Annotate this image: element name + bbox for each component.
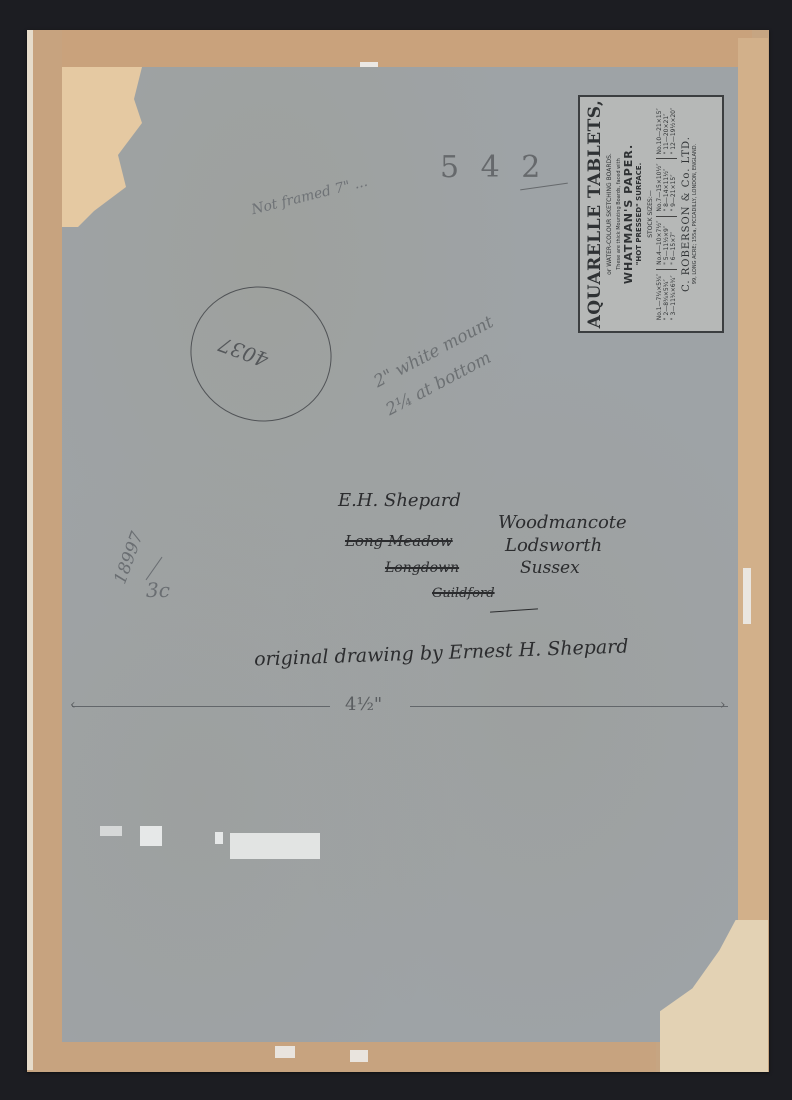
label-paper: WHATMAN'S PAPER. [622, 98, 635, 330]
stock-size: No.10—21×15″ [656, 108, 663, 155]
stock-size: " 3—11¼×6¾″ [670, 274, 677, 320]
measure-line-left [72, 706, 330, 707]
board-edge [27, 30, 33, 1070]
struck-address-2: Longdown [385, 560, 459, 576]
measure-line-right [410, 706, 728, 707]
arrow-right-icon: › [720, 697, 726, 713]
residue-spot [743, 568, 751, 624]
stock-size: " 12—19½×20″ [670, 108, 677, 155]
label-maker: C. ROBERSON & Co. LTD. [681, 98, 692, 330]
address-line-1: Woodmancote [498, 512, 627, 533]
residue-spot [100, 826, 122, 836]
stock-col: No.4—10×7½″ " 5—11½×9″ " 6—15×7″ [656, 216, 677, 269]
label-subtitle: or WATER-COLOUR SKETCHING BOARDS. [606, 98, 613, 330]
stock-size: No.7—15×10½″ [656, 163, 663, 211]
label-surface: "HOT PRESSED" SURFACE. [635, 98, 643, 330]
roberson-label: AQUARELLE TABLETS, or WATER-COLOUR SKETC… [578, 95, 724, 333]
stock-size: " 6—15×7″ [670, 221, 677, 265]
stock-size: " 2—8¾×5¾″ [663, 274, 670, 320]
address-line-2: Lodsworth [505, 535, 602, 556]
signature-name: E.H. Shepard [338, 490, 461, 511]
residue-spot [140, 826, 162, 846]
residue-spot [230, 833, 320, 859]
stock-col: No.7—15×10½″ " 8—14×11½″ " 9—21×15″ [656, 158, 677, 215]
tape-right [738, 38, 768, 1038]
residue-spot [360, 62, 378, 67]
pencil-number-top: 5 4 2 [440, 150, 546, 185]
stock-size: No.4—10×7½″ [656, 221, 663, 265]
struck-address-3: Guildford [432, 586, 495, 601]
address-line-3: Sussex [520, 558, 580, 578]
struck-address-1: Long Meadow [345, 532, 453, 550]
label-title: AQUARELLE TABLETS, [585, 98, 605, 330]
tape-top [62, 30, 752, 68]
label-address: 99, LONG ACRE; 155a, PICCADILLY, LONDON,… [692, 98, 698, 330]
residue-spot [275, 1046, 295, 1058]
stock-col: No.10—21×15″ " 11—20×21″ " 12—19½×20″ [656, 104, 677, 159]
label-stock-heading: STOCK SIZES:— [647, 98, 654, 330]
stock-size: " 9—21×15″ [670, 163, 677, 211]
residue-spot [215, 832, 223, 844]
width-measure: 4½" [345, 694, 382, 715]
stock-size: No.1—7¼×5¼″ [656, 274, 663, 320]
tape-left [30, 30, 64, 1070]
label-stock-table: No.1—7¼×5¼″ " 2—8¾×5¾″ " 3—11¼×6¾″ No.4—… [656, 98, 677, 330]
stock-size: " 8—14×11½″ [663, 163, 670, 211]
left-inventory-sub: 3c [146, 578, 170, 602]
residue-spot [350, 1050, 368, 1062]
arrow-left-icon: ‹ [70, 697, 76, 713]
stock-size: " 5—11½×9″ [663, 221, 670, 265]
stock-col: No.1—7¼×5¼″ " 2—8¾×5¾″ " 3—11¼×6¾″ [656, 269, 677, 324]
stock-size: " 11—20×21″ [663, 108, 670, 155]
